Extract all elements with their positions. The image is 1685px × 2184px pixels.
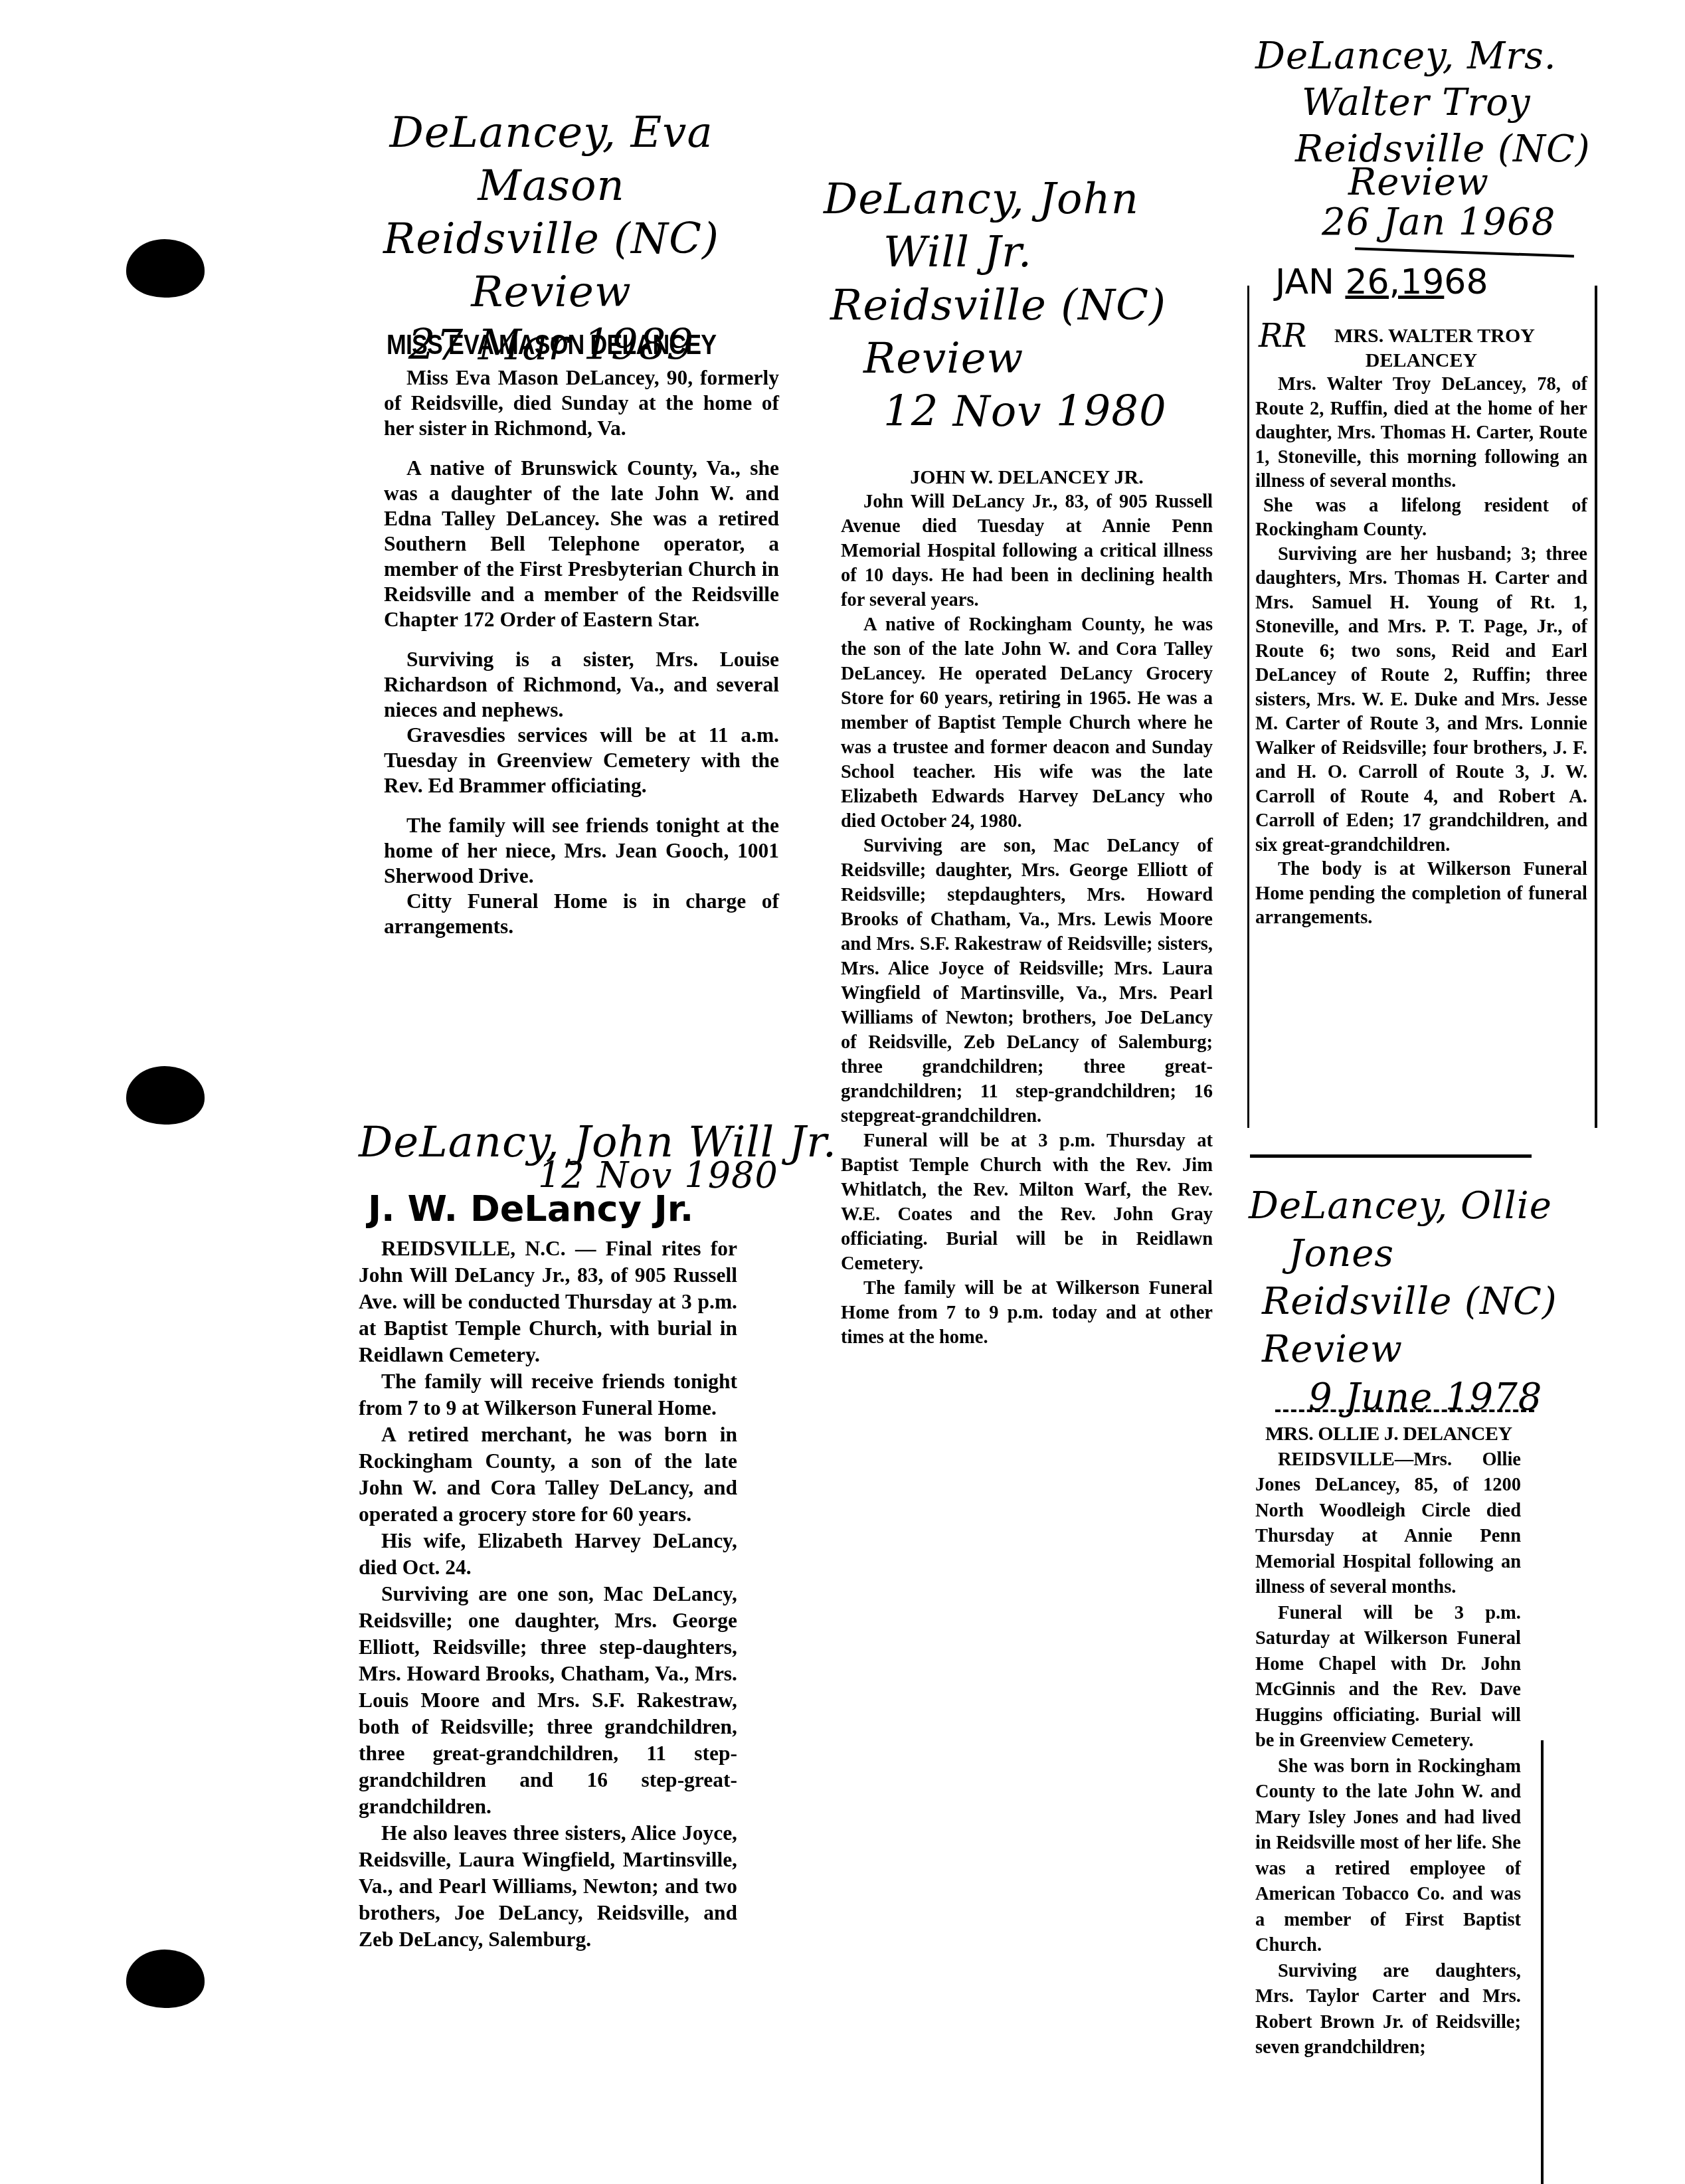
clipping-bottom-rule <box>1250 1154 1532 1158</box>
obituary-mrs-ollie-j-delancey: MRS. OLLIE J. DELANCEY REIDSVILLE—Mrs. O… <box>1255 1421 1521 2061</box>
paragraph: A retired merchant, he was born in Rocki… <box>359 1421 737 1528</box>
paragraph: The family will be at Wilkerson Funeral … <box>841 1276 1213 1350</box>
paragraph: Citty Funeral Home is in charge of arran… <box>384 889 779 939</box>
paragraph: His wife, Elizabeth Harvey DeLancy, died… <box>359 1528 737 1581</box>
obituary-jw-delancy-jr: J. W. DeLancy Jr. REIDSVILLE, N.C. — Fin… <box>359 1196 737 1953</box>
headline: MISS EVA MASON DELANCEY <box>387 332 720 357</box>
handwritten-note: DeLancey, Ollie Jones Reidsville (NC) Re… <box>1249 1182 1594 1421</box>
paragraph: Surviving are her husband; 3; three daug… <box>1255 543 1587 858</box>
headline: JOHN W. DELANCEY JR. <box>841 465 1213 490</box>
paragraph: REIDSVILLE, N.C. — Final rites for John … <box>359 1235 737 1368</box>
paragraph: Mrs. Walter Troy DeLancey, 78, of Route … <box>1255 373 1587 494</box>
punch-hole <box>126 239 205 298</box>
paragraph: The family will see friends tonight at t… <box>384 813 779 889</box>
paragraph: John Will DeLancy Jr., 83, of 905 Russel… <box>841 490 1213 612</box>
paragraph: Surviving are one son, Mac DeLancy, Reid… <box>359 1581 737 1820</box>
paragraph: A native of Brunswick County, Va., she w… <box>384 456 779 632</box>
handwritten-note: DeLancy, John Will Jr. Reidsville (NC) R… <box>810 173 1182 438</box>
paragraph: Funeral will be 3 p.m. Saturday at Wilke… <box>1255 1601 1521 1754</box>
paragraph: She was born in Rockingham County to the… <box>1255 1754 1521 1959</box>
paragraph: Funeral will be at 3 p.m. Thursday at Ba… <box>841 1129 1213 1276</box>
headline: MRS. OLLIE J. DELANCEY <box>1255 1421 1521 1447</box>
obituary-john-w-delancey-jr: JOHN W. DELANCEY JR. John Will DeLancy J… <box>841 465 1213 1350</box>
clipping-top-border <box>1355 247 1574 258</box>
headline: DELANCEY <box>1255 349 1587 373</box>
punch-hole <box>126 1950 205 2008</box>
dotted-separator <box>1275 1410 1534 1412</box>
punch-hole <box>126 1066 205 1125</box>
paragraph: Surviving are daughters, Mrs. Taylor Car… <box>1255 1959 1521 2061</box>
headline: MRS. WALTER TROY <box>1255 324 1587 349</box>
handwritten-note: DeLancey, Mrs. Walter Troy Reidsville (N… <box>1249 33 1581 246</box>
paragraph: She was a lifelong resident of Rockingha… <box>1255 494 1587 543</box>
paragraph: Surviving is a sister, Mrs. Louise Richa… <box>384 647 779 723</box>
obituary-mrs-walter-troy-delancey: MRS. WALTER TROY DELANCEY Mrs. Walter Tr… <box>1255 324 1587 931</box>
paragraph: Surviving are son, Mac DeLancy of Reidsv… <box>841 834 1213 1129</box>
paragraph: He also leaves three sisters, Alice Joyc… <box>359 1820 737 1953</box>
clipping-right-border <box>1541 1740 1544 2184</box>
obituary-eva-mason-delancey: MISS EVA MASON DELANCEY Miss Eva Mason D… <box>384 332 779 939</box>
paragraph: REIDSVILLE—Mrs. Ollie Jones DeLancey, 85… <box>1255 1447 1521 1601</box>
paragraph: Gravesdies services will be at 11 a.m. T… <box>384 723 779 798</box>
paragraph: Miss Eva Mason DeLancey, 90, formerly of… <box>384 365 779 441</box>
paragraph: A native of Rockingham County, he was th… <box>841 612 1213 834</box>
headline: J. W. DeLancy Jr. <box>368 1196 737 1222</box>
paragraph: The family will receive friends tonight … <box>359 1368 737 1421</box>
paragraph: The body is at Wilkerson Funeral Home pe… <box>1255 858 1587 931</box>
